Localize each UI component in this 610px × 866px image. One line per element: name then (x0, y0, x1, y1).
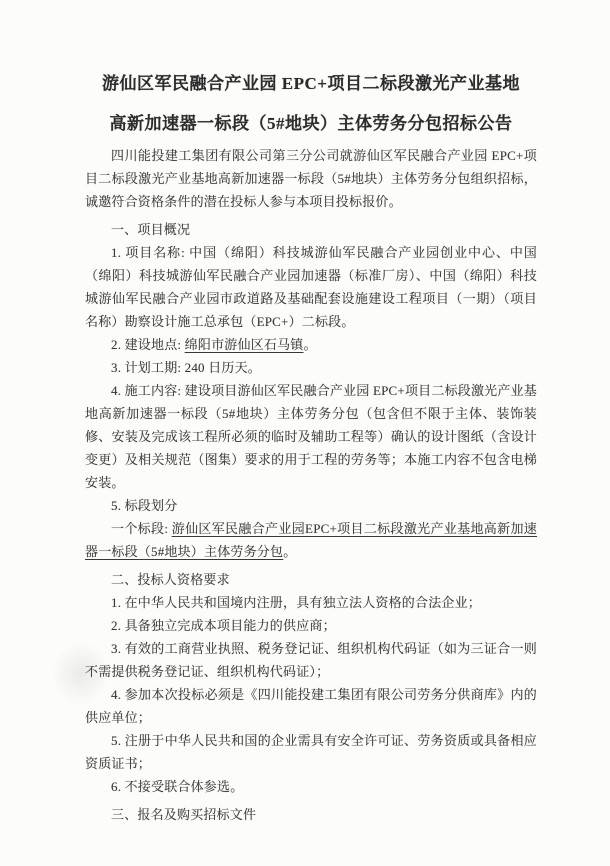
item-location: 2. 建设地点: 绵阳市游仙区石马镇。 (85, 333, 537, 356)
qualification-item-3: 3. 有效的工商营业执照、税务登记证、组织机构代码证（如为三证合一则不需提供税务… (85, 637, 537, 683)
intro-paragraph: 四川能投建工集团有限公司第三分公司就游仙区军民融合产业园 EPC+项目二标段激光… (85, 144, 537, 213)
document-content: 游仙区军民融合产业园 EPC+项目二标段激光产业基地 高新加速器一标段（5#地块… (85, 64, 537, 826)
item-sections: 5. 标段划分 (85, 494, 537, 517)
item-project-name: 1. 项目名称: 中国（绵阳）科技城游仙军民融合产业园创业中心、中国（绵阳）科技… (85, 241, 537, 333)
qualification-item-1: 1. 在中华人民共和国境内注册，具有独立法人资格的合法企业； (85, 591, 537, 614)
item-location-period: 。 (303, 337, 316, 352)
document-title: 游仙区军民融合产业园 EPC+项目二标段激光产业基地 高新加速器一标段（5#地块… (85, 64, 537, 144)
bid-section-period: 。 (283, 544, 296, 559)
document-page: 游仙区军民融合产业园 EPC+项目二标段激光产业基地 高新加速器一标段（5#地块… (0, 0, 610, 866)
document-title-line-1: 游仙区军民融合产业园 EPC+项目二标段激光产业基地 (85, 64, 537, 104)
item-location-label: 2. 建设地点: (111, 337, 185, 352)
item-location-value-underlined: 绵阳市游仙区石马镇 (185, 337, 304, 352)
bid-section-paragraph: 一个标段: 游仙区军民融合产业园EPC+项目二标段激光产业基地高新加速器一标段（… (85, 517, 537, 563)
item-duration: 3. 计划工期: 240 日历天。 (85, 356, 537, 379)
qualification-item-2: 2. 具备独立完成本项目能力的供应商； (85, 614, 537, 637)
document-title-line-2: 高新加速器一标段（5#地块）主体劳务分包招标公告 (85, 104, 537, 144)
qualification-item-4: 4. 参加本次投标必须是《四川能投建工集团有限公司劳务分供商库》内的供应单位； (85, 683, 537, 729)
section-heading-qualification: 二、投标人资格要求 (85, 568, 537, 591)
qualification-item-5: 5. 注册于中华人民共和国的企业需具有安全许可证、劳务资质或具备相应资质证书； (85, 729, 537, 775)
section-heading-overview: 一、项目概况 (85, 218, 537, 241)
section-heading-registration: 三、报名及购买招标文件 (85, 803, 537, 826)
bid-section-label: 一个标段: (111, 521, 172, 536)
qualification-item-6: 6. 不接受联合体参选。 (85, 775, 537, 798)
item-scope: 4. 施工内容: 建设项目游仙区军民融合产业园 EPC+项目二标段激光产业基地高… (85, 379, 537, 494)
